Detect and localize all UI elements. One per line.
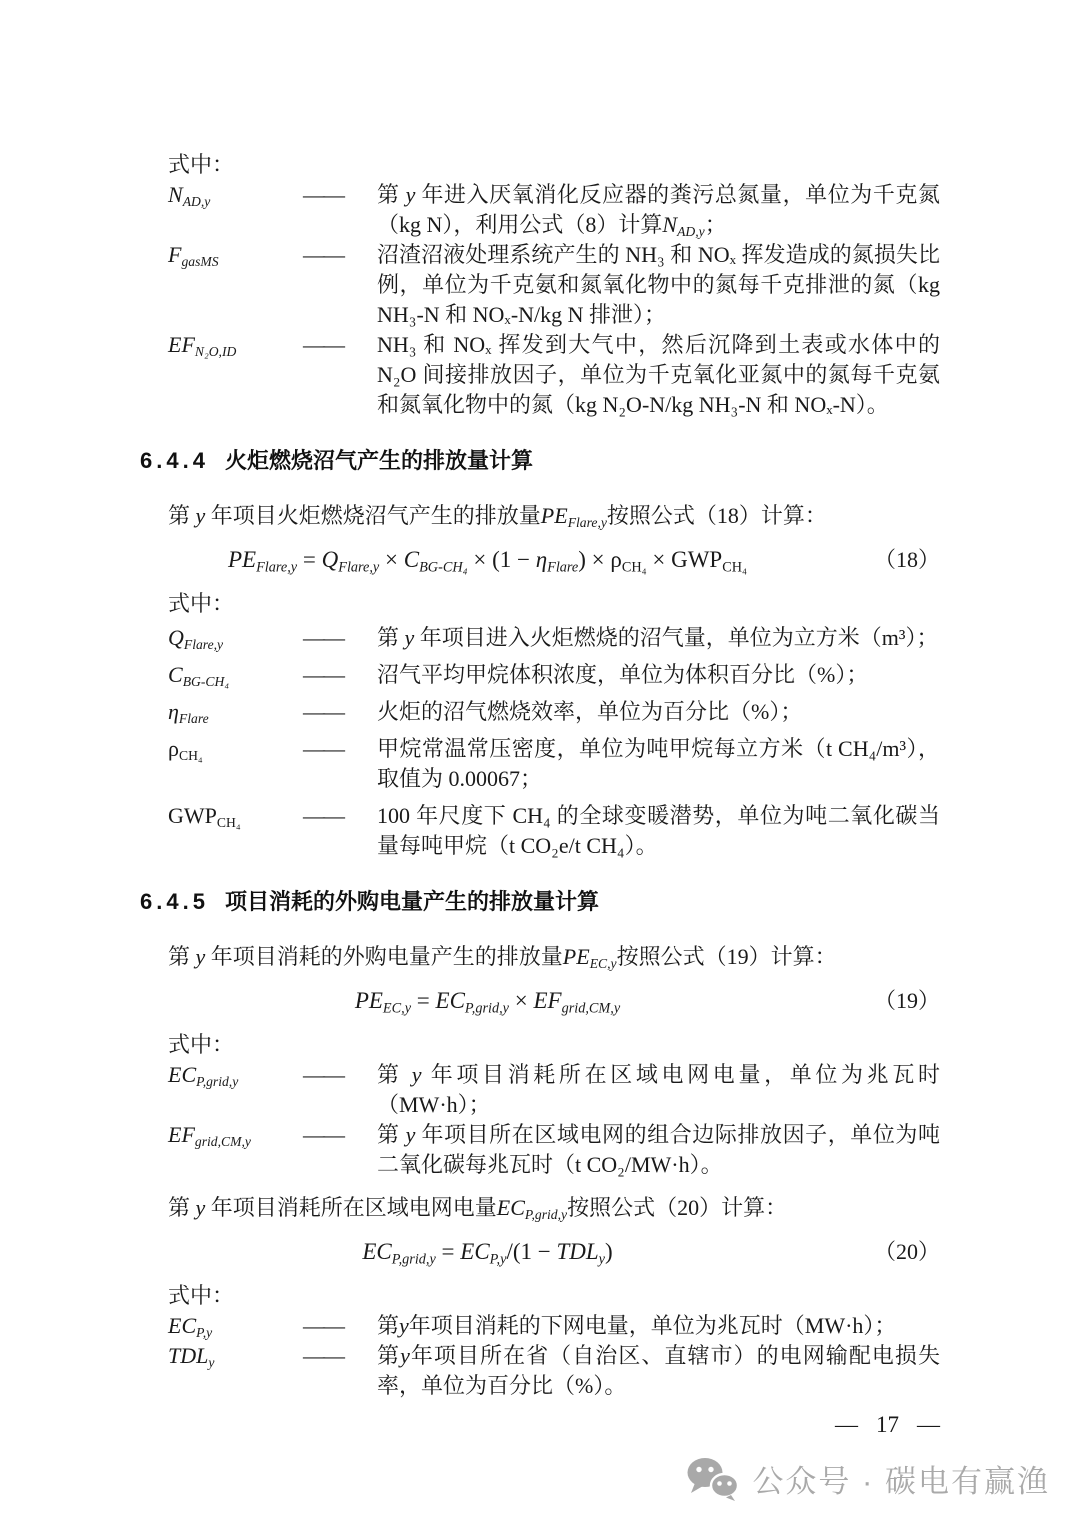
dash-separator: —— — [303, 240, 377, 270]
paragraph-formula18-intro: 第 y 年项目火炬燃烧沼气产生的排放量PEFlare,y按照公式（18）计算： — [140, 501, 940, 531]
variable-description: 火炬的沼气燃烧效率，单位为百分比（%）； — [377, 697, 940, 727]
dash-separator: —— — [303, 1311, 377, 1341]
dash-separator: —— — [303, 623, 377, 653]
variable-description: 甲烷常温常压密度，单位为吨甲烷每立方米（t CH₄/m³），取值为 0.0006… — [377, 734, 940, 794]
definition-row: TDLy —— 第y年项目所在省（自治区、直辖市）的电网输配电损失率，单位为百分… — [140, 1341, 940, 1401]
variable-description: 沼气平均甲烷体积浓度，单位为体积百分比（%）； — [377, 660, 940, 690]
formula-18-row: PEFlare,y = QFlare,y × CBG-CH₄ × (1 − ηF… — [140, 544, 940, 576]
page-number-value: 17 — [876, 1410, 899, 1440]
variable-symbol: ρCH₄ — [168, 734, 303, 764]
variable-symbol: EFN₂O,ID — [168, 330, 303, 360]
definition-row: ηFlare —— 火炬的沼气燃烧效率，单位为百分比（%）； — [140, 697, 940, 727]
definition-row: EFN₂O,ID —— NH₃ 和 NOₓ 挥发到大气中，然后沉降到土表或水体中… — [140, 330, 940, 420]
definition-row: GWPCH₄ —— 100 年尺度下 CH₄ 的全球变暖潜势，单位为吨二氧化碳当… — [140, 801, 940, 861]
page-content: 式中： NAD,y —— 第 y 年进入厌氧消化反应器的粪污总氮量，单位为千克氮… — [140, 150, 940, 1401]
definition-row: ECP,y —— 第y年项目消耗的下网电量，单位为兆瓦时（MW·h）； — [140, 1311, 940, 1341]
formula-label: 式中： — [140, 589, 940, 619]
definition-row: FgasMS —— 沼渣沼液处理系统产生的 NH₃ 和 NOₓ 挥发造成的氮损失… — [140, 240, 940, 330]
watermark: 公众号 · 碳电有赢渔 — [686, 1456, 1050, 1501]
variable-symbol: ECP,y — [168, 1311, 303, 1341]
dash-separator: —— — [303, 734, 377, 764]
dash-separator: —— — [303, 1341, 377, 1371]
definition-row: ECP,grid,y —— 第 y 年项目消耗所在区域电网电量，单位为兆瓦时（M… — [140, 1060, 940, 1120]
variable-symbol: CBG-CH₄ — [168, 660, 303, 690]
formula-label: 式中： — [140, 1030, 940, 1060]
variable-symbol: QFlare,y — [168, 623, 303, 653]
definition-list-intro: NAD,y —— 第 y 年进入厌氧消化反应器的粪污总氮量，单位为千克氮（kg … — [140, 180, 940, 420]
formula-label: 式中： — [140, 1281, 940, 1311]
definition-row: EFgrid,CM,y —— 第 y 年项目所在区域电网的组合边际排放因子，单位… — [140, 1120, 940, 1180]
formula-20-number: （20） — [835, 1236, 940, 1268]
dash-separator: —— — [303, 1060, 377, 1090]
variable-description: 第y年项目所在省（自治区、直辖市）的电网输配电损失率，单位为百分比（%）。 — [377, 1341, 940, 1401]
section-number: 6.4.5 — [140, 889, 209, 914]
dash-separator: —— — [303, 180, 377, 210]
variable-symbol: EFgrid,CM,y — [168, 1120, 303, 1150]
page-number-dash-left: — — [835, 1410, 858, 1440]
dash-separator: —— — [303, 697, 377, 727]
dash-separator: —— — [303, 330, 377, 360]
section-heading-645: 6.4.5项目消耗的外购电量产生的排放量计算 — [140, 887, 940, 917]
formula-20: ECP,grid,y = ECP,y/(1 − TDLy) — [140, 1236, 835, 1268]
formula-18: PEFlare,y = QFlare,y × CBG-CH₄ × (1 − ηF… — [140, 544, 835, 576]
definition-row: CBG-CH₄ —— 沼气平均甲烷体积浓度，单位为体积百分比（%）； — [140, 660, 940, 690]
variable-description: NH₃ 和 NOₓ 挥发到大气中，然后沉降到土表或水体中的 N₂O 间接排放因子… — [377, 330, 940, 420]
definition-row: QFlare,y —— 第 y 年项目进入火炬燃烧的沼气量，单位为立方米（m³）… — [140, 623, 940, 653]
variable-description: 第 y 年项目消耗所在区域电网电量，单位为兆瓦时（MW·h）； — [377, 1060, 940, 1120]
definition-row: NAD,y —— 第 y 年进入厌氧消化反应器的粪污总氮量，单位为千克氮（kg … — [140, 180, 940, 240]
variable-symbol: ECP,grid,y — [168, 1060, 303, 1090]
section-heading-644: 6.4.4火炬燃烧沼气产生的排放量计算 — [140, 446, 940, 476]
definition-row: ρCH₄ —— 甲烷常温常压密度，单位为吨甲烷每立方米（t CH₄/m³），取值… — [140, 734, 940, 794]
variable-symbol: ηFlare — [168, 697, 303, 727]
variable-description: 100 年尺度下 CH₄ 的全球变暖潜势，单位为吨二氧化碳当量每吨甲烷（t CO… — [377, 801, 940, 861]
paragraph-formula20-intro: 第 y 年项目消耗所在区域电网电量ECP,grid,y按照公式（20）计算： — [140, 1193, 940, 1223]
variable-description: 第 y 年进入厌氧消化反应器的粪污总氮量，单位为千克氮（kg N），利用公式（8… — [377, 180, 940, 240]
formula-19: PEEC,y = ECP,grid,y × EFgrid,CM,y — [140, 985, 835, 1017]
formula-label: 式中： — [140, 150, 940, 180]
dash-separator: —— — [303, 660, 377, 690]
page-number: — 17 — — [835, 1410, 940, 1440]
variable-symbol: TDLy — [168, 1341, 303, 1371]
dash-separator: —— — [303, 1120, 377, 1150]
document-page: { "document": { "dash_separator": "——", … — [0, 0, 1080, 1528]
formula-19-row: PEEC,y = ECP,grid,y × EFgrid,CM,y （19） — [140, 985, 940, 1017]
variable-symbol: FgasMS — [168, 240, 303, 270]
definition-list-formula20: ECP,y —— 第y年项目消耗的下网电量，单位为兆瓦时（MW·h）； TDLy… — [140, 1311, 940, 1401]
section-number: 6.4.4 — [140, 448, 209, 473]
wechat-icon — [686, 1457, 740, 1501]
variable-symbol: NAD,y — [168, 180, 303, 210]
page-number-dash-right: — — [917, 1410, 940, 1440]
variable-description: 第 y 年项目所在区域电网的组合边际排放因子，单位为吨二氧化碳每兆瓦时（t CO… — [377, 1120, 940, 1180]
formula-20-row: ECP,grid,y = ECP,y/(1 − TDLy) （20） — [140, 1236, 940, 1268]
variable-symbol: GWPCH₄ — [168, 801, 303, 831]
section-title: 火炬燃烧沼气产生的排放量计算 — [225, 448, 533, 473]
watermark-text: 公众号 · 碳电有赢渔 — [752, 1456, 1050, 1501]
dash-separator: —— — [303, 801, 377, 831]
variable-description: 第y年项目消耗的下网电量，单位为兆瓦时（MW·h）； — [377, 1311, 940, 1341]
formula-19-number: （19） — [835, 985, 940, 1017]
definition-list-formula19: ECP,grid,y —— 第 y 年项目消耗所在区域电网电量，单位为兆瓦时（M… — [140, 1060, 940, 1180]
formula-18-number: （18） — [835, 544, 940, 576]
paragraph-formula19-intro: 第 y 年项目消耗的外购电量产生的排放量PEEC,y按照公式（19）计算： — [140, 942, 940, 972]
definition-list-formula18: QFlare,y —— 第 y 年项目进入火炬燃烧的沼气量，单位为立方米（m³）… — [140, 623, 940, 861]
variable-description: 第 y 年项目进入火炬燃烧的沼气量，单位为立方米（m³）； — [377, 623, 940, 653]
variable-description: 沼渣沼液处理系统产生的 NH₃ 和 NOₓ 挥发造成的氮损失比例，单位为千克氨和… — [377, 240, 940, 330]
section-title: 项目消耗的外购电量产生的排放量计算 — [225, 889, 599, 914]
